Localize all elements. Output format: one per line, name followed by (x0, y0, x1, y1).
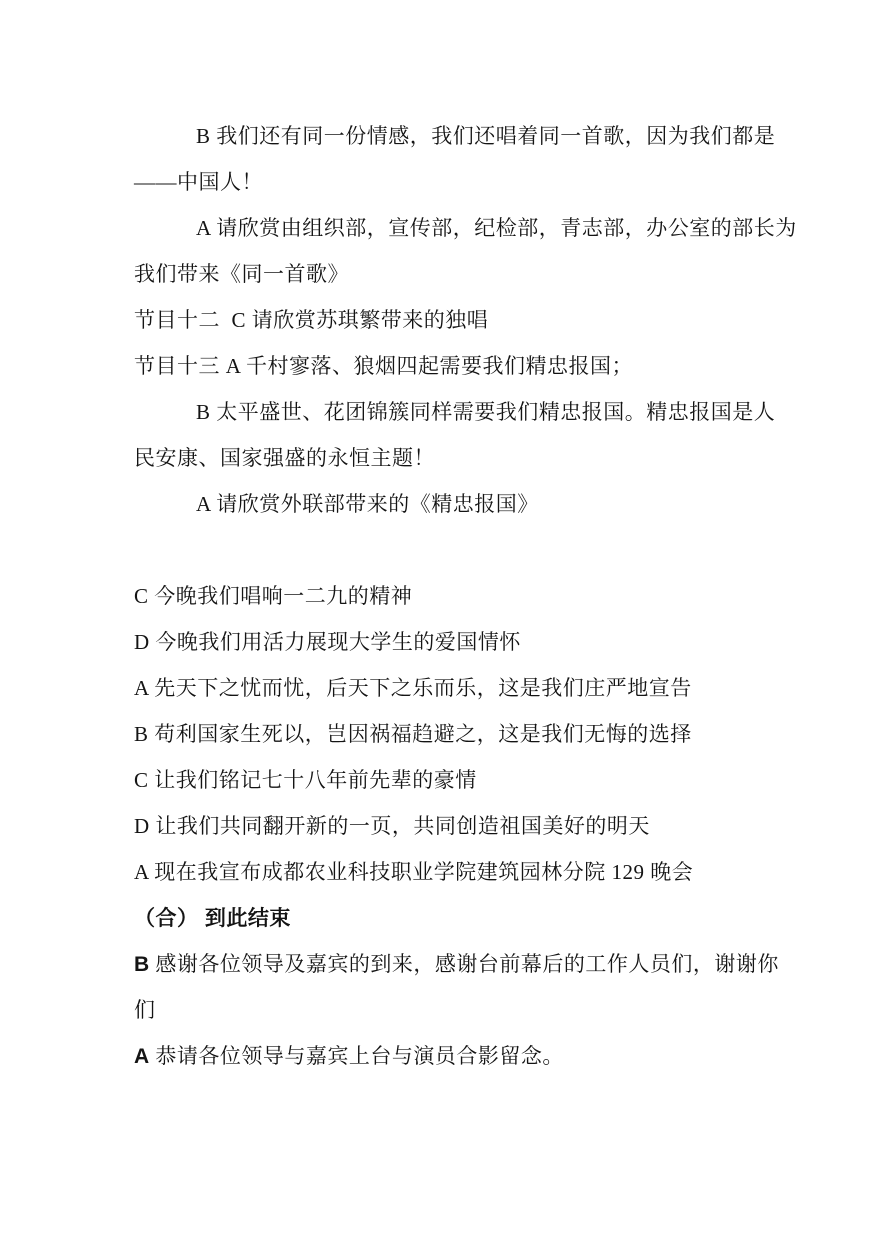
text-run: A 请欣赏外联部带来的《精忠报国》 (196, 492, 539, 516)
text-line: A 请欣赏外联部带来的《精忠报国》 (134, 481, 756, 527)
text-run: A 现在我宣布成都农业科技职业学院建筑园林分院 129 晚会 (134, 860, 693, 884)
text-line: D 让我们共同翻开新的一页，共同创造祖国美好的明天 (134, 803, 756, 849)
text-line: （合） 到此结束 (134, 895, 756, 941)
text-line: C 让我们铭记七十八年前先辈的豪情 (134, 757, 756, 803)
text-run: C 今晚我们唱响一二九的精神 (134, 584, 412, 608)
text-line: ——中国人！ (134, 159, 756, 205)
text-line: A 现在我宣布成都农业科技职业学院建筑园林分院 129 晚会 (134, 849, 756, 895)
text-run: B 我们还有同一份情感，我们还唱着同一首歌，因为我们都是 (196, 124, 775, 148)
text-line: B 感谢各位领导及嘉宾的到来，感谢台前幕后的工作人员们，谢谢你 (134, 941, 756, 987)
text-run: 我们带来《同一首歌》 (134, 262, 349, 286)
bold-text-run: B (134, 953, 150, 976)
text-run: A 先天下之忧而忧，后天下之乐而乐，这是我们庄严地宣告 (134, 676, 692, 700)
text-run: 恭请各位领导与嘉宾上台与演员合影留念。 (150, 1044, 564, 1068)
text-line: B 我们还有同一份情感，我们还唱着同一首歌，因为我们都是 (134, 113, 756, 159)
text-line: A 先天下之忧而忧，后天下之乐而乐，这是我们庄严地宣告 (134, 665, 756, 711)
text-run: A 请欣赏由组织部，宣传部，纪检部，青志部，办公室的部长为 (196, 216, 797, 240)
text-run: D 让我们共同翻开新的一页，共同创造祖国美好的明天 (134, 814, 650, 838)
text-run: B 太平盛世、花团锦簇同样需要我们精忠报国。精忠报国是人 (196, 400, 775, 424)
text-run: ——中国人！ (134, 170, 263, 194)
text-run: 节目十三 A 千村寥落、狼烟四起需要我们精忠报国； (134, 354, 633, 378)
bold-text-run: （合） 到此结束 (134, 907, 291, 930)
text-run: C 让我们铭记七十八年前先辈的豪情 (134, 768, 477, 792)
text-line: 我们带来《同一首歌》 (134, 251, 756, 297)
text-line: B 太平盛世、花团锦簇同样需要我们精忠报国。精忠报国是人 (134, 389, 756, 435)
text-run: B 苟利国家生死以，岂因祸福趋避之，这是我们无悔的选择 (134, 722, 692, 746)
text-line: 节目十二 C 请欣赏苏琪繁带来的独唱 (134, 297, 756, 343)
text-line: D 今晚我们用活力展现大学生的爱国情怀 (134, 619, 756, 665)
document-page: B 我们还有同一份情感，我们还唱着同一首歌，因为我们都是——中国人！A 请欣赏由… (0, 0, 884, 1250)
bold-text-run: A (134, 1045, 150, 1068)
text-line: 们 (134, 987, 756, 1033)
text-run: 民安康、国家强盛的永恒主题！ (134, 446, 435, 470)
blank-line (134, 527, 756, 573)
text-line: 民安康、国家强盛的永恒主题！ (134, 435, 756, 481)
text-line: A 请欣赏由组织部，宣传部，纪检部，青志部，办公室的部长为 (134, 205, 756, 251)
text-run: 感谢各位领导及嘉宾的到来，感谢台前幕后的工作人员们，谢谢你 (150, 952, 779, 976)
text-line: A 恭请各位领导与嘉宾上台与演员合影留念。 (134, 1033, 756, 1079)
text-content: B 我们还有同一份情感，我们还唱着同一首歌，因为我们都是——中国人！A 请欣赏由… (134, 113, 756, 1079)
text-run: 们 (134, 998, 156, 1022)
text-line: 节目十三 A 千村寥落、狼烟四起需要我们精忠报国； (134, 343, 756, 389)
text-line: B 苟利国家生死以，岂因祸福趋避之，这是我们无悔的选择 (134, 711, 756, 757)
text-run: 节目十二 C 请欣赏苏琪繁带来的独唱 (134, 308, 488, 332)
text-line: C 今晚我们唱响一二九的精神 (134, 573, 756, 619)
text-run: D 今晚我们用活力展现大学生的爱国情怀 (134, 630, 521, 654)
